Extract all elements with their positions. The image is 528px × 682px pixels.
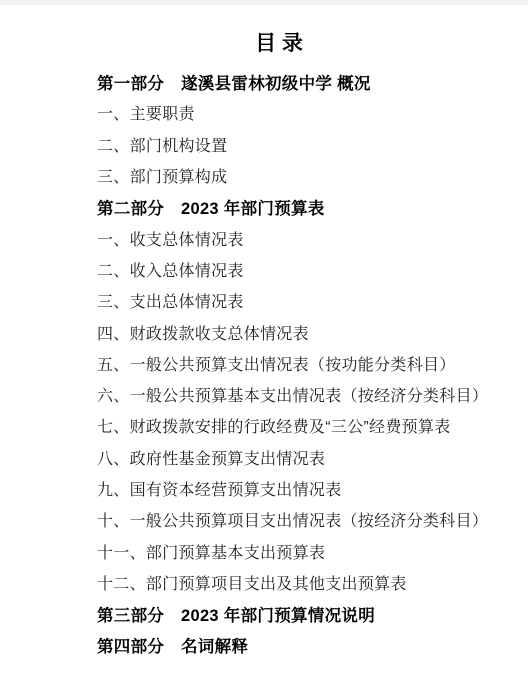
toc-entry: 十、一般公共预算项目支出情况表（按经济分类科目） — [0, 504, 528, 535]
toc-section-heading: 第二部分 2023 年部门预算表 — [0, 191, 528, 222]
toc-entry: 四、财政拨款收支总体情况表 — [0, 316, 528, 347]
toc-entry: 一、主要职责 — [0, 97, 528, 128]
toc-section-heading: 第三部分 2023 年部门预算情况说明 — [0, 598, 528, 629]
toc-entry: 六、一般公共预算基本支出情况表（按经济分类科目） — [0, 379, 528, 410]
toc-entry: 二、收入总体情况表 — [0, 254, 528, 285]
toc-entry: 三、部门预算构成 — [0, 160, 528, 191]
toc-entry: 七、财政拨款安排的行政经费及“三公”经费预算表 — [0, 410, 528, 441]
toc-entry: 九、国有资本经营预算支出情况表 — [0, 473, 528, 504]
toc-section-heading: 第一部分 遂溪县雷林初级中学 概况 — [0, 66, 528, 97]
page-top-edge — [0, 0, 528, 5]
toc-section-heading: 第四部分 名词解释 — [0, 629, 528, 660]
toc-entry: 三、支出总体情况表 — [0, 285, 528, 316]
document-page: 目 录 第一部分 遂溪县雷林初级中学 概况 一、主要职责 二、部门机构设置 三、… — [0, 0, 528, 682]
toc-entry: 一、收支总体情况表 — [0, 222, 528, 253]
table-of-contents: 第一部分 遂溪县雷林初级中学 概况 一、主要职责 二、部门机构设置 三、部门预算… — [0, 66, 528, 661]
toc-entry: 五、一般公共预算支出情况表（按功能分类科目） — [0, 348, 528, 379]
toc-entry: 十一、部门预算基本支出预算表 — [0, 535, 528, 566]
toc-entry: 八、政府性基金预算支出情况表 — [0, 442, 528, 473]
page-title: 目 录 — [0, 31, 528, 57]
toc-entry: 二、部门机构设置 — [0, 129, 528, 160]
toc-entry: 十二、部门预算项目支出及其他支出预算表 — [0, 567, 528, 598]
